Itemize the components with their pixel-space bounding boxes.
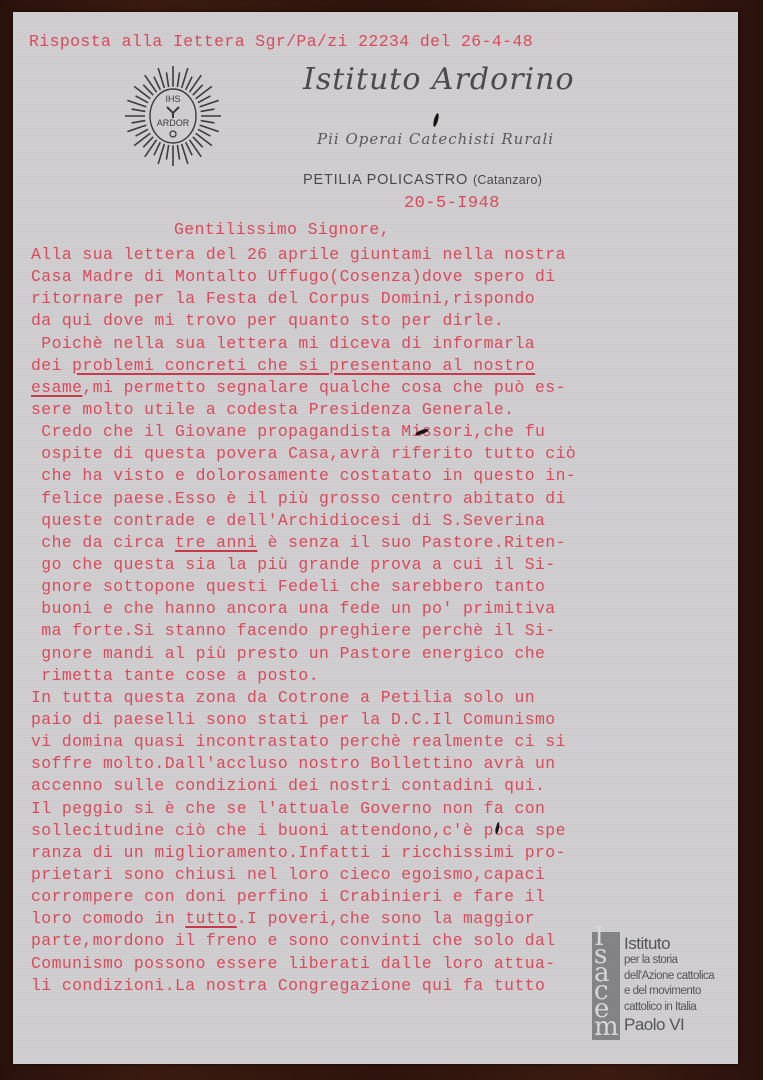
- body-line: In tutta questa zona da Cotrone a Petili…: [31, 687, 576, 709]
- province-name: (Catanzaro): [473, 173, 542, 187]
- body-line: parte,mordono il freno e sono convinti c…: [31, 930, 576, 952]
- body-line: accenno sulle condizioni dei nostri cont…: [31, 775, 576, 797]
- underlined-phrase: tutto: [185, 909, 236, 928]
- body-line: ma forte.Si stanno facendo preghiere per…: [31, 620, 576, 642]
- body-line: soffre molto.Dall'accluso nostro Bollett…: [31, 753, 576, 775]
- body-line: felice paese.Esso è il più grosso centro…: [31, 488, 576, 510]
- body-line: che da circa tre anni è senza il suo Pas…: [31, 532, 576, 554]
- body-line: corrompere con doni perfino i Crabinieri…: [31, 886, 576, 908]
- place-name: PETILIA POLICASTRO: [303, 172, 468, 188]
- body-line: gnore mandi al più presto un Pastore ene…: [31, 643, 576, 665]
- watermark-letters: Isacem: [594, 926, 624, 1034]
- watermark-line: per la storia: [624, 953, 714, 969]
- body-line: da qui dove mi trovo per quanto sto per …: [31, 310, 576, 332]
- body-line: prietari sono chiusi nel loro cieco egoi…: [31, 864, 576, 886]
- letter-date: 20-5-I948: [404, 194, 500, 213]
- underlined-phrase: tre anni: [175, 533, 257, 552]
- letter-page: Risposta alla Iettera Sgr/Pa/zi 22234 de…: [13, 12, 738, 1064]
- body-text: che da circa: [31, 533, 175, 552]
- watermark-line: cattolico in Italia: [624, 1000, 714, 1016]
- body-text: .I poveri,che sono la maggior: [237, 909, 535, 928]
- body-text: ,mi permetto segnalare qualche cosa che …: [82, 378, 565, 397]
- letter-body: Alla sua lettera del 26 aprile giuntami …: [31, 244, 576, 997]
- body-line: rimetta tante cose a posto.: [31, 665, 576, 687]
- body-line: gnore sottopone questi Fedeli che sarebb…: [31, 576, 576, 598]
- body-line: esame,mi permetto segnalare qualche cosa…: [31, 377, 576, 399]
- body-line: ritornare per la Festa del Corpus Domini…: [31, 288, 576, 310]
- logo-text-top: IHS: [165, 94, 180, 104]
- isacem-watermark: Isacem Istitutoper la storiadell'Azione …: [592, 932, 742, 1042]
- sunburst-emblem-icon: IHS ARDOR: [123, 66, 223, 166]
- body-line: Casa Madre di Montalto Uffugo(Cosenza)do…: [31, 266, 576, 288]
- body-line: Poichè nella sua lettera mi diceva di in…: [31, 333, 576, 355]
- institution-place: PETILIA POLICASTRO (Catanzaro): [303, 172, 542, 188]
- salutation: Gentilissimo Signore,: [174, 220, 390, 239]
- watermark-line: dell'Azione cattolica: [624, 969, 714, 985]
- watermark-line: e del movimento: [624, 984, 714, 1000]
- ink-blot: [432, 113, 439, 128]
- body-line: Il peggio si è che se l'attuale Governo …: [31, 798, 576, 820]
- body-line: che ha visto e dolorosamente costatato i…: [31, 465, 576, 487]
- body-line: buoni e che hanno ancora una fede un po'…: [31, 598, 576, 620]
- watermark-line: Paolo VI: [624, 1015, 714, 1034]
- watermark-text: Istitutoper la storiadell'Azione cattoli…: [624, 934, 714, 1034]
- body-line: paio di paeselli sono stati per la D.C.I…: [31, 709, 576, 731]
- body-line: ospite di questa povera Casa,avrà riferi…: [31, 443, 576, 465]
- body-text: dei: [31, 356, 72, 375]
- body-line: go che questa sia la più grande prova a …: [31, 554, 576, 576]
- body-line: li condizioni.La nostra Congregazione qu…: [31, 975, 576, 997]
- body-line: Alla sua lettera del 26 aprile giuntami …: [31, 244, 576, 266]
- body-line: Comunismo possono essere liberati dalle …: [31, 953, 576, 975]
- underlined-phrase: esame: [31, 378, 82, 397]
- watermark-letter: m: [594, 1016, 624, 1034]
- body-line: Credo che il Giovane propagandista Misso…: [31, 421, 576, 443]
- body-line: loro comodo in tutto.I poveri,che sono l…: [31, 908, 576, 930]
- body-line: queste contrade e dell'Archidiocesi di S…: [31, 510, 576, 532]
- body-text: loro comodo in: [31, 909, 185, 928]
- body-line: sollecitudine ciò che i buoni attendono,…: [31, 820, 576, 842]
- body-line: ranza di un miglioramento.Infatti i ricc…: [31, 842, 576, 864]
- body-line: vi domina quasi incontrastato perchè rea…: [31, 731, 576, 753]
- body-line: sere molto utile a codesta Presidenza Ge…: [31, 399, 576, 421]
- institution-name: Istituto Ardorino: [303, 62, 575, 97]
- body-line: dei problemi concreti che si presentano …: [31, 355, 576, 377]
- underlined-phrase: problemi concreti che si presentano al n…: [72, 356, 535, 375]
- logo-text-bottom: ARDOR: [157, 118, 190, 128]
- watermark-line: Istituto: [624, 934, 714, 953]
- reference-line: Risposta alla Iettera Sgr/Pa/zi 22234 de…: [29, 32, 533, 51]
- institution-subtitle: Pii Operai Catechisti Rurali: [317, 130, 554, 148]
- body-text: è senza il suo Pastore.Riten-: [257, 533, 566, 552]
